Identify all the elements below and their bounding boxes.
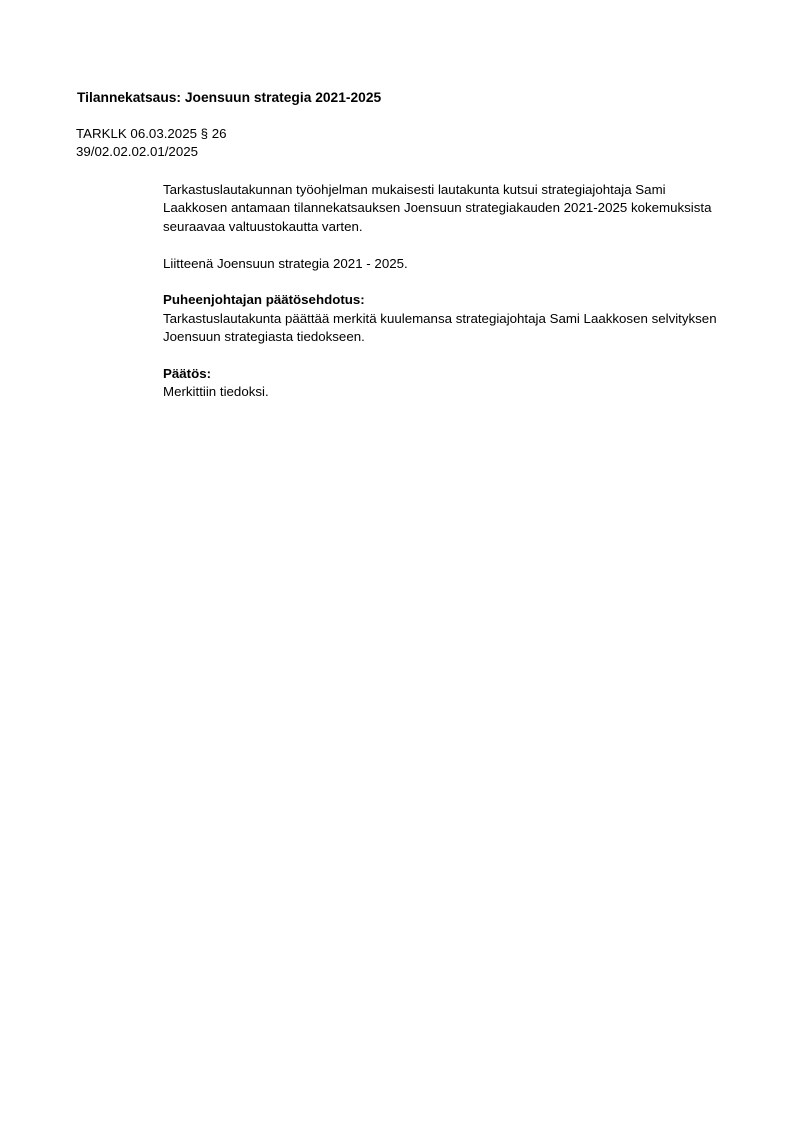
proposal-text: Tarkastuslautakunta päättää merkitä kuul… <box>163 311 717 344</box>
document-meta: TARKLK 06.03.2025 § 26 39/02.02.02.01/20… <box>76 125 227 162</box>
decision-text: Merkittiin tiedoksi. <box>163 384 269 399</box>
proposal-heading: Puheenjohtajan päätösehdotus: <box>163 291 723 309</box>
attachment-paragraph: Liitteenä Joensuun strategia 2021 - 2025… <box>163 255 723 273</box>
record-number: 39/02.02.02.01/2025 <box>76 143 227 161</box>
document-body: Tarkastuslautakunnan työohjelman mukaise… <box>163 181 723 420</box>
intro-paragraph: Tarkastuslautakunnan työohjelman mukaise… <box>163 181 723 236</box>
proposal-section: Puheenjohtajan päätösehdotus: Tarkastusl… <box>163 291 723 346</box>
document-title: Tilannekatsaus: Joensuun strategia 2021-… <box>77 89 381 107</box>
decision-section: Päätös: Merkittiin tiedoksi. <box>163 365 723 402</box>
decision-heading: Päätös: <box>163 365 723 383</box>
meeting-reference: TARKLK 06.03.2025 § 26 <box>76 125 227 143</box>
